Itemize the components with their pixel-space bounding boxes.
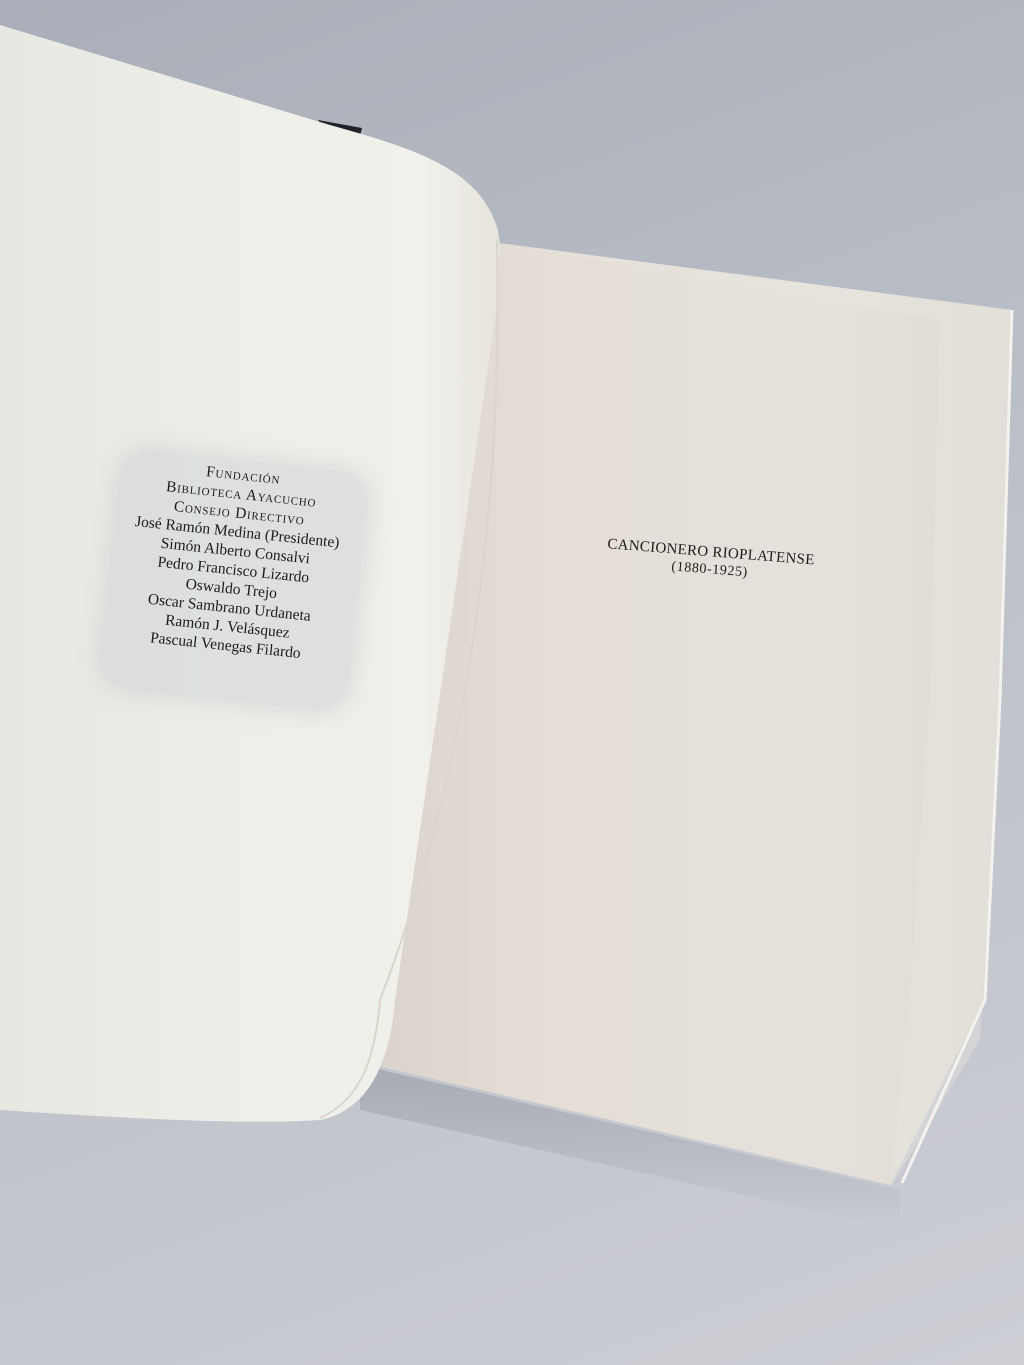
credits-block: Fundación Biblioteca Ayacucho Consejo Di… xyxy=(90,452,378,669)
photo-scene: CANCIONERO RIOPLATENSE (1880-1925) Funda… xyxy=(0,0,1024,1365)
